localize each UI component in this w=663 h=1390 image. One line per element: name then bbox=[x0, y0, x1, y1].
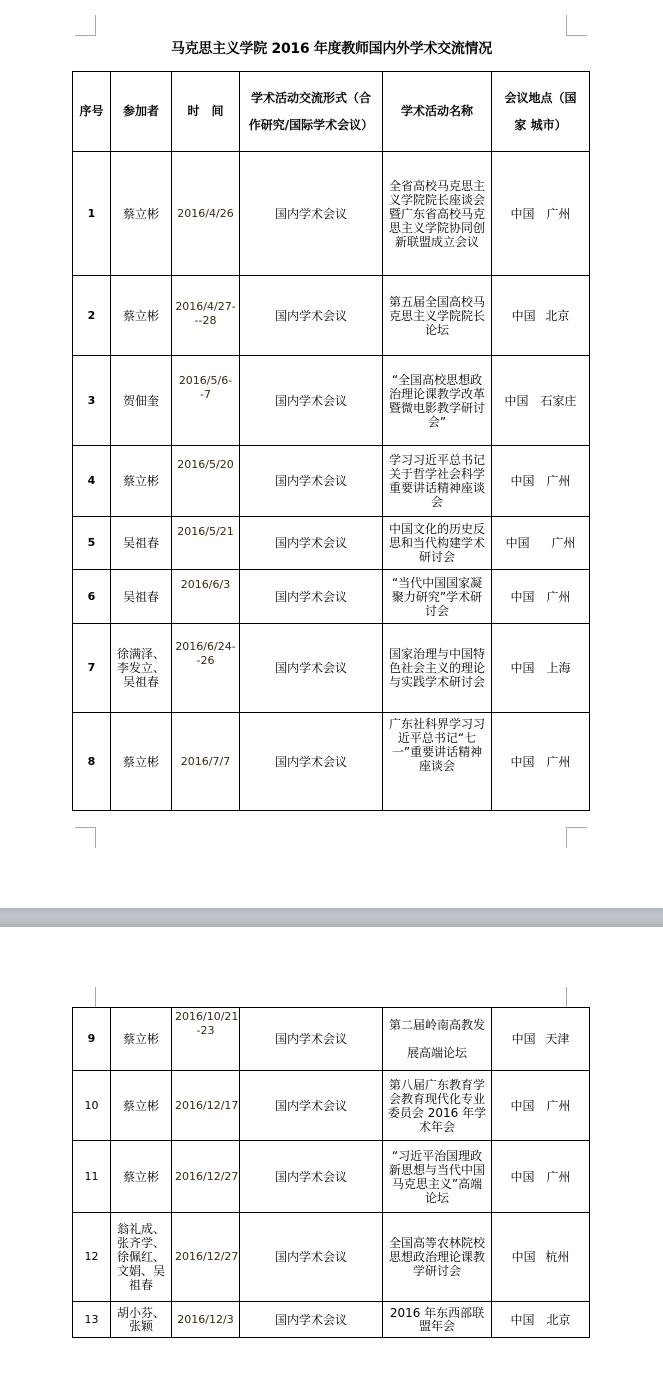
row-format: 国内学术会议 bbox=[240, 152, 383, 276]
row-index: 12 bbox=[73, 1213, 111, 1302]
row-format: 国内学术会议 bbox=[240, 276, 383, 356]
row-format: 国内学术会议 bbox=[240, 1302, 383, 1338]
row-activity-name: 中国文化的历史反思和当代构建学术研讨会 bbox=[383, 517, 492, 570]
row-participants: 贺佃奎 bbox=[111, 356, 172, 446]
row-format: 国内学术会议 bbox=[240, 713, 383, 811]
row-participants: 吴祖春 bbox=[111, 517, 172, 570]
row-location: 中国 广州 bbox=[492, 152, 590, 276]
row-time: 2016/4/26 bbox=[172, 152, 240, 276]
row-time: 2016/5/20 bbox=[172, 446, 240, 517]
row-format: 国内学术会议 bbox=[240, 624, 383, 713]
row-participants: 翁礼成、张齐学、徐佩红、文娟、吴祖春 bbox=[111, 1213, 172, 1302]
table-row: 10 蔡立彬 2016/12/17 国内学术会议 第八届广东教育学会教育现代化专… bbox=[73, 1071, 590, 1141]
row-index: 5 bbox=[73, 517, 111, 570]
row-location: 中国 石家庄 bbox=[492, 356, 590, 446]
row-format: 国内学术会议 bbox=[240, 1071, 383, 1141]
row-format: 国内学术会议 bbox=[240, 446, 383, 517]
row-time: 2016/10/21--23 bbox=[172, 1008, 240, 1071]
table-row: 7 徐满泽、李发立、吴祖春 2016/6/24--26 国内学术会议 国家治理与… bbox=[73, 624, 590, 713]
table-row: 2 蔡立彬 2016/4/27---28 国内学术会议 第五届全国高校马克思主义… bbox=[73, 276, 590, 356]
table-row: 9 蔡立彬 2016/10/21--23 国内学术会议 第二届岭南高教发展高端论… bbox=[73, 1008, 590, 1071]
row-index: 6 bbox=[73, 570, 111, 624]
row-activity-name: 国家治理与中国特色社会主义的理论与实践学术研讨会 bbox=[383, 624, 492, 713]
document-title: 马克思主义学院 2016 年度教师国内外学术交流情况 bbox=[0, 38, 663, 58]
row-time: 2016/6/24--26 bbox=[172, 624, 240, 713]
row-location: 中国 广州 bbox=[492, 713, 590, 811]
row-participants: 蔡立彬 bbox=[111, 152, 172, 276]
header-format: 学术活动交流形式（合作研究/国际学术会议） bbox=[240, 72, 383, 152]
row-format: 国内学术会议 bbox=[240, 1008, 383, 1071]
row-format: 国内学术会议 bbox=[240, 570, 383, 624]
row-activity-name: 广东社科界学习习近平总书记“七一”重要讲话精神座谈会 bbox=[383, 713, 492, 811]
row-index: 11 bbox=[73, 1141, 111, 1213]
row-location: 中国 广州 bbox=[492, 570, 590, 624]
table-row: 6 吴祖春 2016/6/3 国内学术会议 “当代中国国家凝聚力研究”学术研讨会… bbox=[73, 570, 590, 624]
row-time: 2016/7/7 bbox=[172, 713, 240, 811]
document-page-2: 9 蔡立彬 2016/10/21--23 国内学术会议 第二届岭南高教发展高端论… bbox=[0, 927, 663, 1390]
table-row: 13 胡小芬、张颖 2016/12/3 国内学术会议 2016 年东西部联盟年会… bbox=[73, 1302, 590, 1338]
row-participants: 蔡立彬 bbox=[111, 276, 172, 356]
table-row: 11 蔡立彬 2016/12/27 国内学术会议 “习近平治国理政新思想与当代中… bbox=[73, 1141, 590, 1213]
table-row: 3 贺佃奎 2016/5/6--7 国内学术会议 “全国高校思想政治理论课教学改… bbox=[73, 356, 590, 446]
row-participants: 蔡立彬 bbox=[111, 1071, 172, 1141]
row-participants: 胡小芬、张颖 bbox=[111, 1302, 172, 1338]
row-time: 2016/5/21 bbox=[172, 517, 240, 570]
row-location: 中国 广州 bbox=[492, 1141, 590, 1213]
row-participants: 蔡立彬 bbox=[111, 1008, 172, 1071]
row-activity-name: “当代中国国家凝聚力研究”学术研讨会 bbox=[383, 570, 492, 624]
table-row: 12 翁礼成、张齐学、徐佩红、文娟、吴祖春 2016/12/27 国内学术会议 … bbox=[73, 1213, 590, 1302]
margin-corner-mark bbox=[75, 15, 96, 36]
row-location: 中国 广州 bbox=[492, 1071, 590, 1141]
row-location: 中国 北京 bbox=[492, 276, 590, 356]
row-time: 2016/4/27---28 bbox=[172, 276, 240, 356]
row-location: 中国 上海 bbox=[492, 624, 590, 713]
row-activity-name: 第二届岭南高教发展高端论坛 bbox=[383, 1008, 492, 1071]
row-index: 8 bbox=[73, 713, 111, 811]
row-activity-name: 全国高等农林院校思想政治理论课教学研讨会 bbox=[383, 1213, 492, 1302]
margin-corner-mark bbox=[95, 987, 96, 1007]
header-location: 会议地点（国家 城市） bbox=[492, 72, 590, 152]
row-activity-name: 学习习近平总书记关于哲学社会科学重要讲话精神座谈会 bbox=[383, 446, 492, 517]
margin-corner-mark bbox=[566, 15, 587, 36]
table-row: 8 蔡立彬 2016/7/7 国内学术会议 广东社科界学习习近平总书记“七一”重… bbox=[73, 713, 590, 811]
row-index: 10 bbox=[73, 1071, 111, 1141]
row-index: 3 bbox=[73, 356, 111, 446]
row-activity-name: 2016 年东西部联盟年会 bbox=[383, 1302, 492, 1338]
row-participants: 吴祖春 bbox=[111, 570, 172, 624]
row-location: 中国 广州 bbox=[492, 517, 590, 570]
exchange-table-part-1: 序号 参加者 时 间 学术活动交流形式（合作研究/国际学术会议） 学术活动名称 … bbox=[72, 71, 590, 811]
row-participants: 徐满泽、李发立、吴祖春 bbox=[111, 624, 172, 713]
row-index: 13 bbox=[73, 1302, 111, 1338]
row-activity-name: “全国高校思想政治理论课教学改革暨微电影教学研讨会” bbox=[383, 356, 492, 446]
row-location: 中国 天津 bbox=[492, 1008, 590, 1071]
row-index: 7 bbox=[73, 624, 111, 713]
row-time: 2016/12/3 bbox=[172, 1302, 240, 1338]
row-index: 9 bbox=[73, 1008, 111, 1071]
margin-corner-mark bbox=[566, 987, 567, 1007]
row-index: 1 bbox=[73, 152, 111, 276]
row-activity-name: 第八届广东教育学会教育现代化专业委员会 2016 年学术年会 bbox=[383, 1071, 492, 1141]
row-activity-name: “习近平治国理政新思想与当代中国马克思主义”高端论坛 bbox=[383, 1141, 492, 1213]
table-row: 1 蔡立彬 2016/4/26 国内学术会议 全省高校马克思主义学院院长座谈会暨… bbox=[73, 152, 590, 276]
page-separator bbox=[0, 908, 663, 927]
margin-corner-mark bbox=[566, 827, 587, 848]
header-time: 时 间 bbox=[172, 72, 240, 152]
row-time: 2016/5/6--7 bbox=[172, 356, 240, 446]
row-activity-name: 全省高校马克思主义学院院长座谈会暨广东省高校马克思主义学院协同创新联盟成立会议 bbox=[383, 152, 492, 276]
row-time: 2016/6/3 bbox=[172, 570, 240, 624]
row-time: 2016/12/17 bbox=[172, 1071, 240, 1141]
row-participants: 蔡立彬 bbox=[111, 713, 172, 811]
row-activity-name: 第五届全国高校马克思主义学院院长论坛 bbox=[383, 276, 492, 356]
header-index: 序号 bbox=[73, 72, 111, 152]
row-time: 2016/12/27 bbox=[172, 1141, 240, 1213]
margin-corner-mark bbox=[75, 827, 96, 848]
row-participants: 蔡立彬 bbox=[111, 1141, 172, 1213]
exchange-table-part-2: 9 蔡立彬 2016/10/21--23 国内学术会议 第二届岭南高教发展高端论… bbox=[72, 1007, 590, 1338]
header-activity-name: 学术活动名称 bbox=[383, 72, 492, 152]
table-row: 5 吴祖春 2016/5/21 国内学术会议 中国文化的历史反思和当代构建学术研… bbox=[73, 517, 590, 570]
table-row: 4 蔡立彬 2016/5/20 国内学术会议 学习习近平总书记关于哲学社会科学重… bbox=[73, 446, 590, 517]
row-format: 国内学术会议 bbox=[240, 1213, 383, 1302]
row-time: 2016/12/27 bbox=[172, 1213, 240, 1302]
row-format: 国内学术会议 bbox=[240, 356, 383, 446]
document-page-1: 马克思主义学院 2016 年度教师国内外学术交流情况 序号 参加者 时 间 学术… bbox=[0, 0, 663, 908]
row-index: 2 bbox=[73, 276, 111, 356]
row-location: 中国 杭州 bbox=[492, 1213, 590, 1302]
row-index: 4 bbox=[73, 446, 111, 517]
table-header-row: 序号 参加者 时 间 学术活动交流形式（合作研究/国际学术会议） 学术活动名称 … bbox=[73, 72, 590, 152]
row-format: 国内学术会议 bbox=[240, 1141, 383, 1213]
row-location: 中国 广州 bbox=[492, 446, 590, 517]
header-participants: 参加者 bbox=[111, 72, 172, 152]
row-location: 中国 北京 bbox=[492, 1302, 590, 1338]
row-participants: 蔡立彬 bbox=[111, 446, 172, 517]
row-format: 国内学术会议 bbox=[240, 517, 383, 570]
